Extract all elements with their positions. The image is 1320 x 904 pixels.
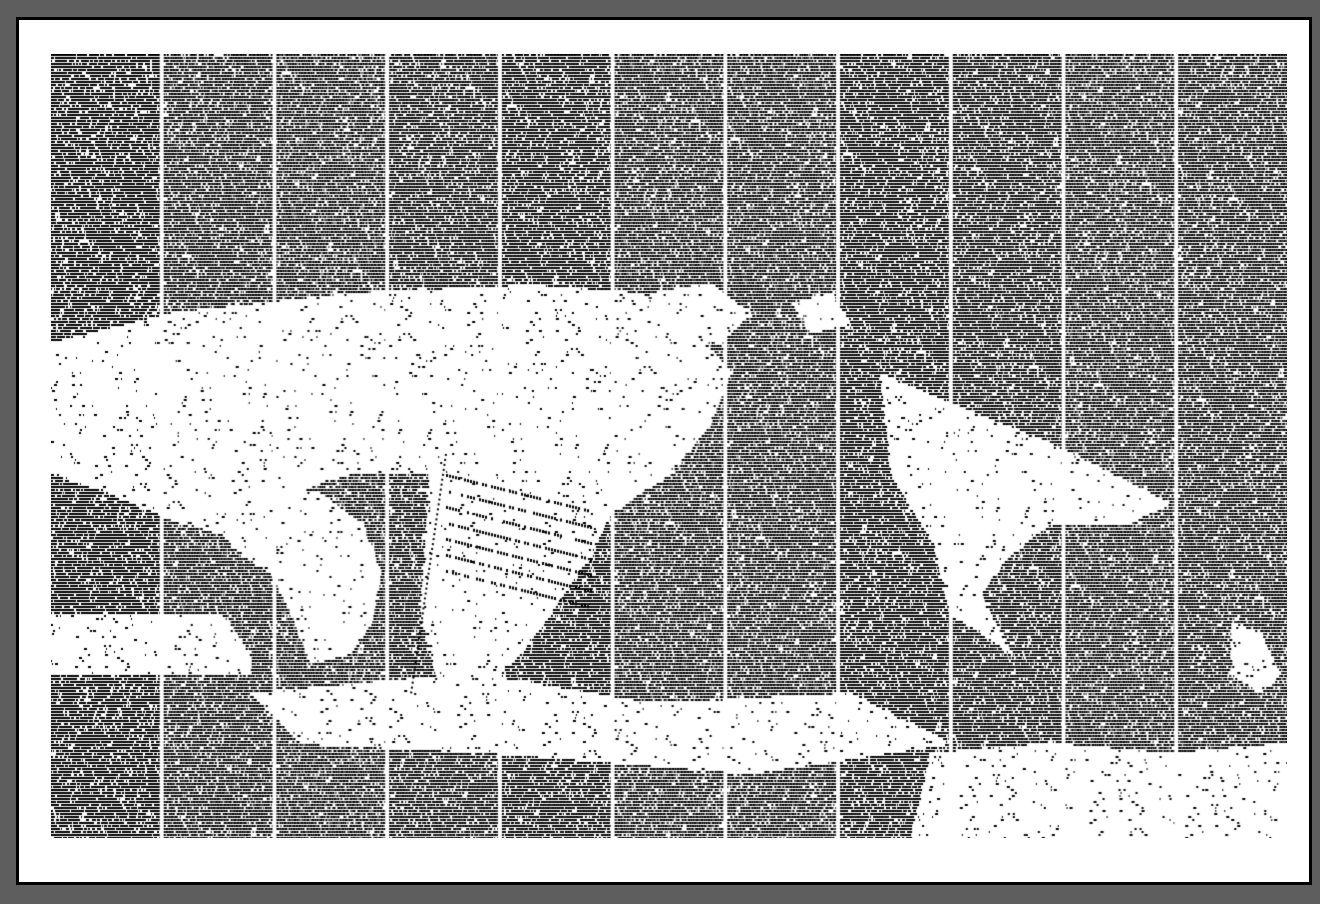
artwork-canvas — [51, 54, 1287, 838]
document-page — [16, 17, 1312, 885]
typographic-artwork — [51, 54, 1287, 838]
